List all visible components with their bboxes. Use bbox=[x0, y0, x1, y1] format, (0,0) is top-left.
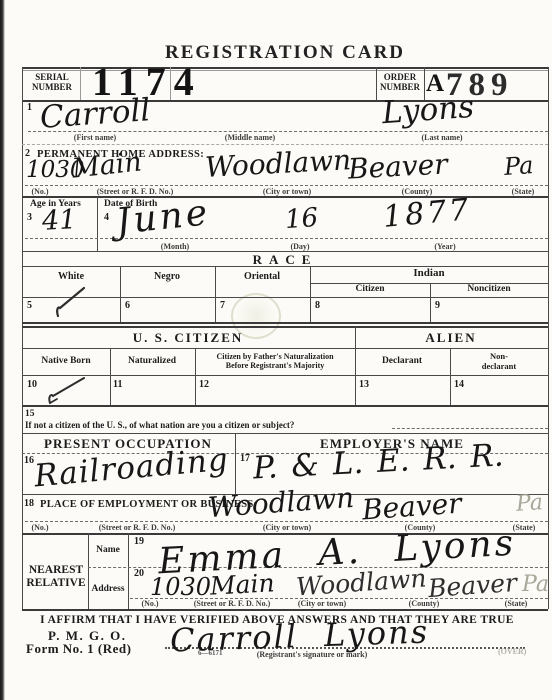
white-checkmark-icon bbox=[50, 286, 88, 320]
scan-edge-artifact bbox=[0, 0, 5, 700]
street-label: (Street or R. F. D. No.) bbox=[99, 524, 176, 532]
relative-no-handwriting: 1030 bbox=[150, 575, 211, 599]
divider bbox=[430, 283, 431, 322]
home-county-handwriting: Beaver bbox=[347, 150, 448, 183]
street-label: (Street or R. F. D. No.) bbox=[194, 600, 271, 608]
divider bbox=[128, 533, 129, 609]
divider bbox=[22, 375, 548, 376]
field-number-7: 7 bbox=[220, 301, 225, 312]
divider bbox=[80, 67, 81, 100]
state-label: (State) bbox=[505, 600, 528, 608]
first-name-handwriting: Carroll bbox=[39, 95, 151, 134]
home-street-handwriting: Main bbox=[71, 148, 143, 182]
writing-line bbox=[22, 144, 548, 145]
writing-line bbox=[25, 238, 548, 239]
question-15: If not a citizen of the U. S., of what n… bbox=[25, 421, 294, 430]
relative-street-handwriting: Main bbox=[209, 570, 275, 598]
field-number-9: 9 bbox=[435, 301, 440, 312]
relative-county-handwriting: Beaver bbox=[427, 570, 517, 601]
field-number-17: 17 bbox=[240, 454, 250, 465]
relative-state-handwriting: Pa bbox=[522, 574, 549, 596]
non-declarant-header: Non-declarant bbox=[475, 352, 523, 372]
order-number-label: NUMBER bbox=[380, 83, 420, 92]
us-citizen-heading: U. S. CITIZEN bbox=[133, 331, 244, 345]
divider bbox=[22, 297, 548, 298]
age-handwriting: 41 bbox=[41, 206, 77, 235]
field-number-19: 19 bbox=[134, 537, 144, 548]
divider bbox=[450, 348, 451, 405]
field-number-20: 20 bbox=[134, 569, 144, 580]
occupation-handwriting: Railroading bbox=[33, 445, 230, 493]
divider bbox=[110, 348, 111, 405]
divider bbox=[355, 326, 356, 405]
divider bbox=[97, 196, 98, 252]
native-born-checkmark-icon bbox=[44, 375, 88, 405]
native-born-header: Native Born bbox=[41, 357, 90, 367]
form-number-label: Form No. 1 (Red) bbox=[26, 642, 131, 656]
divider bbox=[22, 609, 548, 611]
birth-day-handwriting: 16 bbox=[284, 205, 319, 233]
divider bbox=[310, 266, 311, 322]
field-number-18: 18 bbox=[24, 499, 34, 510]
writing-line bbox=[25, 185, 548, 186]
state-label: (State) bbox=[512, 188, 535, 196]
field-number-5: 5 bbox=[27, 301, 32, 312]
race-white-header: White bbox=[58, 272, 84, 283]
home-state-handwriting: Pa bbox=[503, 153, 534, 179]
divider bbox=[88, 533, 89, 609]
relative-name-label: Name bbox=[96, 546, 120, 556]
last-name-handwriting: Lyons bbox=[381, 92, 475, 129]
field-number-10: 10 bbox=[27, 380, 37, 391]
field-number-3: 3 bbox=[27, 213, 32, 224]
citizen-by-father-header: Before Registrant's Majority bbox=[226, 362, 325, 370]
card-left-border bbox=[22, 67, 23, 609]
field-number-13: 13 bbox=[359, 380, 369, 391]
city-label: (City or town) bbox=[263, 524, 311, 532]
no-label: (No.) bbox=[31, 524, 48, 532]
day-label: (Day) bbox=[290, 243, 309, 251]
city-label: (City or town) bbox=[263, 188, 311, 196]
race-negro-header: Negro bbox=[154, 272, 180, 283]
no-label: (No.) bbox=[141, 600, 158, 608]
registrant-signature-handwriting: Carroll Lyons bbox=[170, 615, 430, 656]
field-number-15: 15 bbox=[25, 410, 35, 420]
place-state-handwriting: Pa bbox=[515, 492, 543, 516]
first-name-label: (First name) bbox=[74, 134, 116, 142]
birth-month-handwriting: June bbox=[114, 195, 211, 241]
divider bbox=[310, 283, 548, 284]
relative-address-label: Address bbox=[91, 585, 124, 595]
place-city-handwriting: Woodlawn bbox=[207, 484, 355, 522]
divider bbox=[22, 322, 548, 324]
divider bbox=[22, 326, 548, 328]
naturalized-header: Naturalized bbox=[128, 357, 176, 367]
city-label: (City or town) bbox=[298, 600, 346, 608]
nearest-relative-heading: RELATIVE bbox=[26, 577, 85, 589]
nearest-relative-heading: NEAREST bbox=[29, 564, 83, 576]
home-city-handwriting: Woodlawn bbox=[204, 146, 351, 182]
field-number-12: 12 bbox=[199, 380, 209, 391]
employer-handwriting: P. & L. E. R. R. bbox=[252, 440, 504, 484]
divider bbox=[22, 405, 548, 407]
month-label: (Month) bbox=[161, 243, 189, 251]
year-label: (Year) bbox=[434, 243, 455, 251]
field-number-14: 14 bbox=[454, 380, 464, 391]
last-name-label: (Last name) bbox=[421, 134, 462, 142]
street-label: (Street or R. F. D. No.) bbox=[97, 188, 174, 196]
divider bbox=[376, 67, 377, 100]
registration-card-scan: REGISTRATION CARD SERIAL NUMBER 1174 ORD… bbox=[0, 0, 552, 700]
field-number-8: 8 bbox=[315, 301, 320, 312]
divider bbox=[22, 348, 548, 349]
race-indian-noncitizen-header: Noncitizen bbox=[467, 285, 510, 295]
field-number-6: 6 bbox=[125, 301, 130, 312]
birth-year-handwriting: 1877 bbox=[382, 195, 473, 233]
no-label: (No.) bbox=[31, 188, 48, 196]
race-oriental-header: Oriental bbox=[244, 272, 280, 283]
divider bbox=[215, 266, 216, 322]
divider bbox=[120, 266, 121, 322]
field-number-4: 4 bbox=[104, 213, 109, 224]
place-county-handwriting: Beaver bbox=[361, 490, 462, 525]
state-label: (State) bbox=[513, 524, 536, 532]
alien-heading: ALIEN bbox=[425, 331, 476, 345]
declarant-header: Declarant bbox=[382, 357, 422, 367]
field-number-11: 11 bbox=[113, 380, 122, 391]
over-label: (OVER) bbox=[498, 648, 526, 656]
writing-line bbox=[25, 521, 548, 522]
relative-city-handwriting: Woodlawn bbox=[295, 565, 427, 599]
answer-line bbox=[392, 428, 548, 429]
divider bbox=[195, 348, 196, 405]
serial-number-label: NUMBER bbox=[32, 83, 72, 92]
divider bbox=[22, 433, 548, 434]
field-number-1: 1 bbox=[27, 103, 32, 114]
race-indian-header: Indian bbox=[413, 268, 444, 280]
race-heading: RACE bbox=[253, 253, 318, 267]
card-right-border bbox=[548, 67, 549, 609]
race-indian-citizen-header: Citizen bbox=[355, 285, 384, 295]
divider bbox=[235, 433, 236, 494]
middle-name-label: (Middle name) bbox=[225, 134, 275, 142]
